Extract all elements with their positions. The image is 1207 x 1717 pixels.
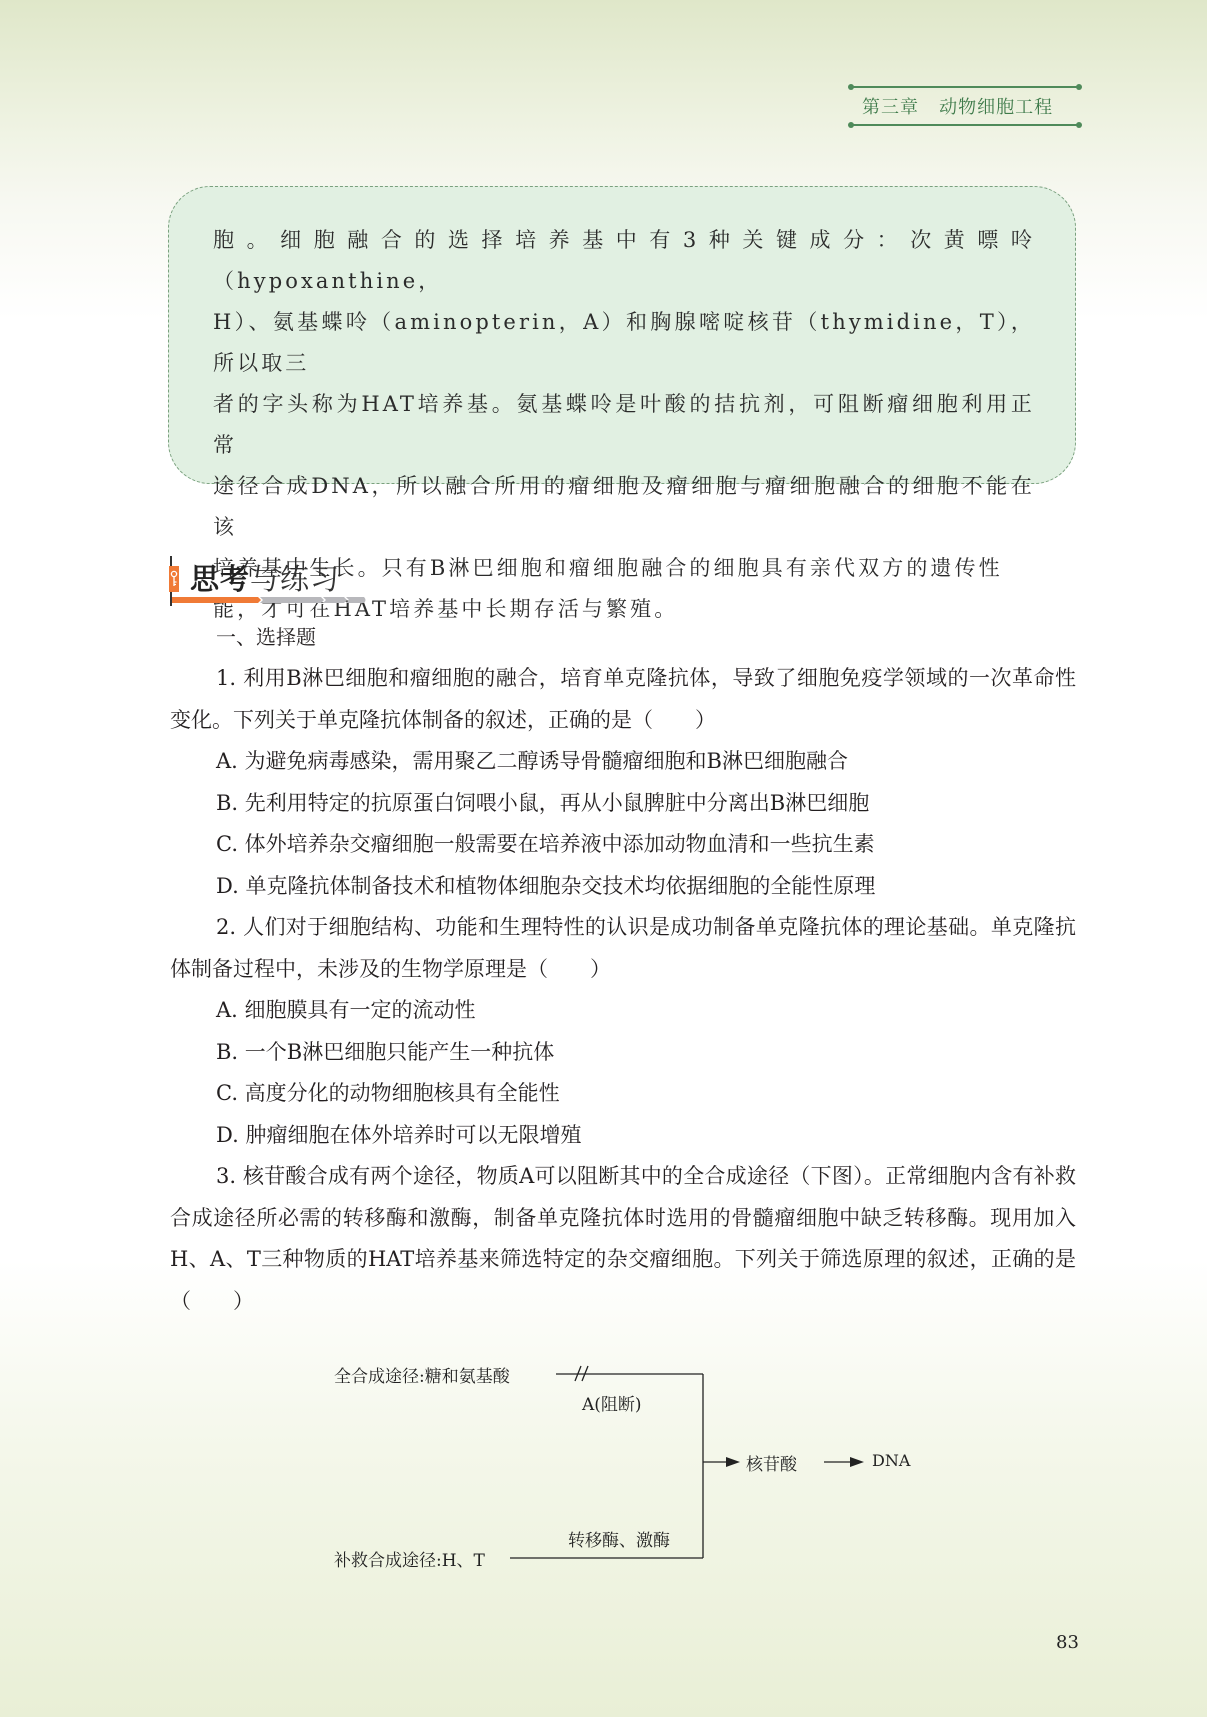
q2-option-a: A. 细胞膜具有一定的流动性 <box>170 990 1076 1032</box>
info-line: 胞。细胞融合的选择培养基中有3种关键成分：次黄嘌呤（hypoxanthine， <box>213 220 1035 302</box>
q1-option-a: A. 为避免病毒感染，需用聚乙二醇诱导骨髓瘤细胞和B淋巴细胞融合 <box>170 741 1076 783</box>
info-line: H）、氨基蝶呤（aminopterin，A）和胸腺嘧啶核苷（thymidine，… <box>213 302 1035 384</box>
chapter-header: 第三章 动物细胞工程 <box>850 86 1080 126</box>
section-title: 思考与练习 <box>190 557 340 598</box>
info-line: 者的字头称为HAT培养基。氨基蝶呤是叶酸的拮抗剂，可阻断瘤细胞利用正常 <box>213 384 1035 466</box>
nucleotide-label: 核苷酸 <box>746 1450 797 1475</box>
q2-option-b: B. 一个B淋巴细胞只能产生一种抗体 <box>170 1032 1076 1074</box>
heading-progress-underline <box>172 597 367 603</box>
question-3-stem: 3. 核苷酸合成有两个途径，物质A可以阻断其中的全合成途径（下图）。正常细胞内含… <box>170 1156 1076 1322</box>
block-label: A(阻断) <box>582 1390 642 1415</box>
nucleotide-synthesis-diagram: 全合成途径:糖和氨基酸 A(阻断) 核苷酸 DNA 转移酶、激酶 补救合成途径:… <box>320 1350 960 1580</box>
enzyme-label: 转移酶、激酶 <box>568 1526 670 1551</box>
dna-label: DNA <box>872 1451 910 1470</box>
q1-option-b: B. 先利用特定的抗原蛋白饲喂小鼠，再从小鼠脾脏中分离出B淋巴细胞 <box>170 783 1076 825</box>
section-title-bold: 思考 <box>190 562 250 596</box>
chapter-number: 第三章 <box>862 97 919 118</box>
salvage-pathway-label: 补救合成途径:H、T <box>334 1546 485 1571</box>
key-icon <box>169 566 179 592</box>
q1-option-d: D. 单克隆抗体制备技术和植物体细胞杂交技术均依据细胞的全能性原理 <box>170 866 1076 908</box>
q2-option-c: C. 高度分化的动物细胞核具有全能性 <box>170 1073 1076 1115</box>
header-rule-top <box>850 86 1080 88</box>
q2-option-d: D. 肿瘤细胞在体外培养时可以无限增殖 <box>170 1115 1076 1157</box>
chapter-title: 第三章 动物细胞工程 <box>862 93 1080 119</box>
question-1-stem: 1. 利用B淋巴细胞和瘤细胞的融合，培育单克隆抗体，导致了细胞免疫学领域的一次革… <box>170 658 1076 741</box>
section-heading: 思考与练习 <box>170 556 370 606</box>
info-line: 途径合成DNA，所以融合所用的瘤细胞及瘤细胞与瘤细胞融合的细胞不能在该 <box>213 466 1035 548</box>
section-title-light: 与练习 <box>250 562 340 596</box>
question-2-stem: 2. 人们对于细胞结构、功能和生理特性的认识是成功制备单克隆抗体的理论基础。单克… <box>170 907 1076 990</box>
subheading-multiple-choice: 一、选择题 <box>170 616 1076 658</box>
q1-option-c: C. 体外培养杂交瘤细胞一般需要在培养液中添加动物血清和一些抗生素 <box>170 824 1076 866</box>
de-novo-pathway-label: 全合成途径:糖和氨基酸 <box>334 1362 510 1387</box>
exercises: 一、选择题 1. 利用B淋巴细胞和瘤细胞的融合，培育单克隆抗体，导致了细胞免疫学… <box>170 620 1076 1322</box>
header-rule-bottom <box>850 124 1080 126</box>
info-box: 胞。细胞融合的选择培养基中有3种关键成分：次黄嘌呤（hypoxanthine， … <box>168 186 1076 484</box>
chapter-name: 动物细胞工程 <box>939 97 1053 118</box>
page-number: 83 <box>1056 1632 1079 1653</box>
